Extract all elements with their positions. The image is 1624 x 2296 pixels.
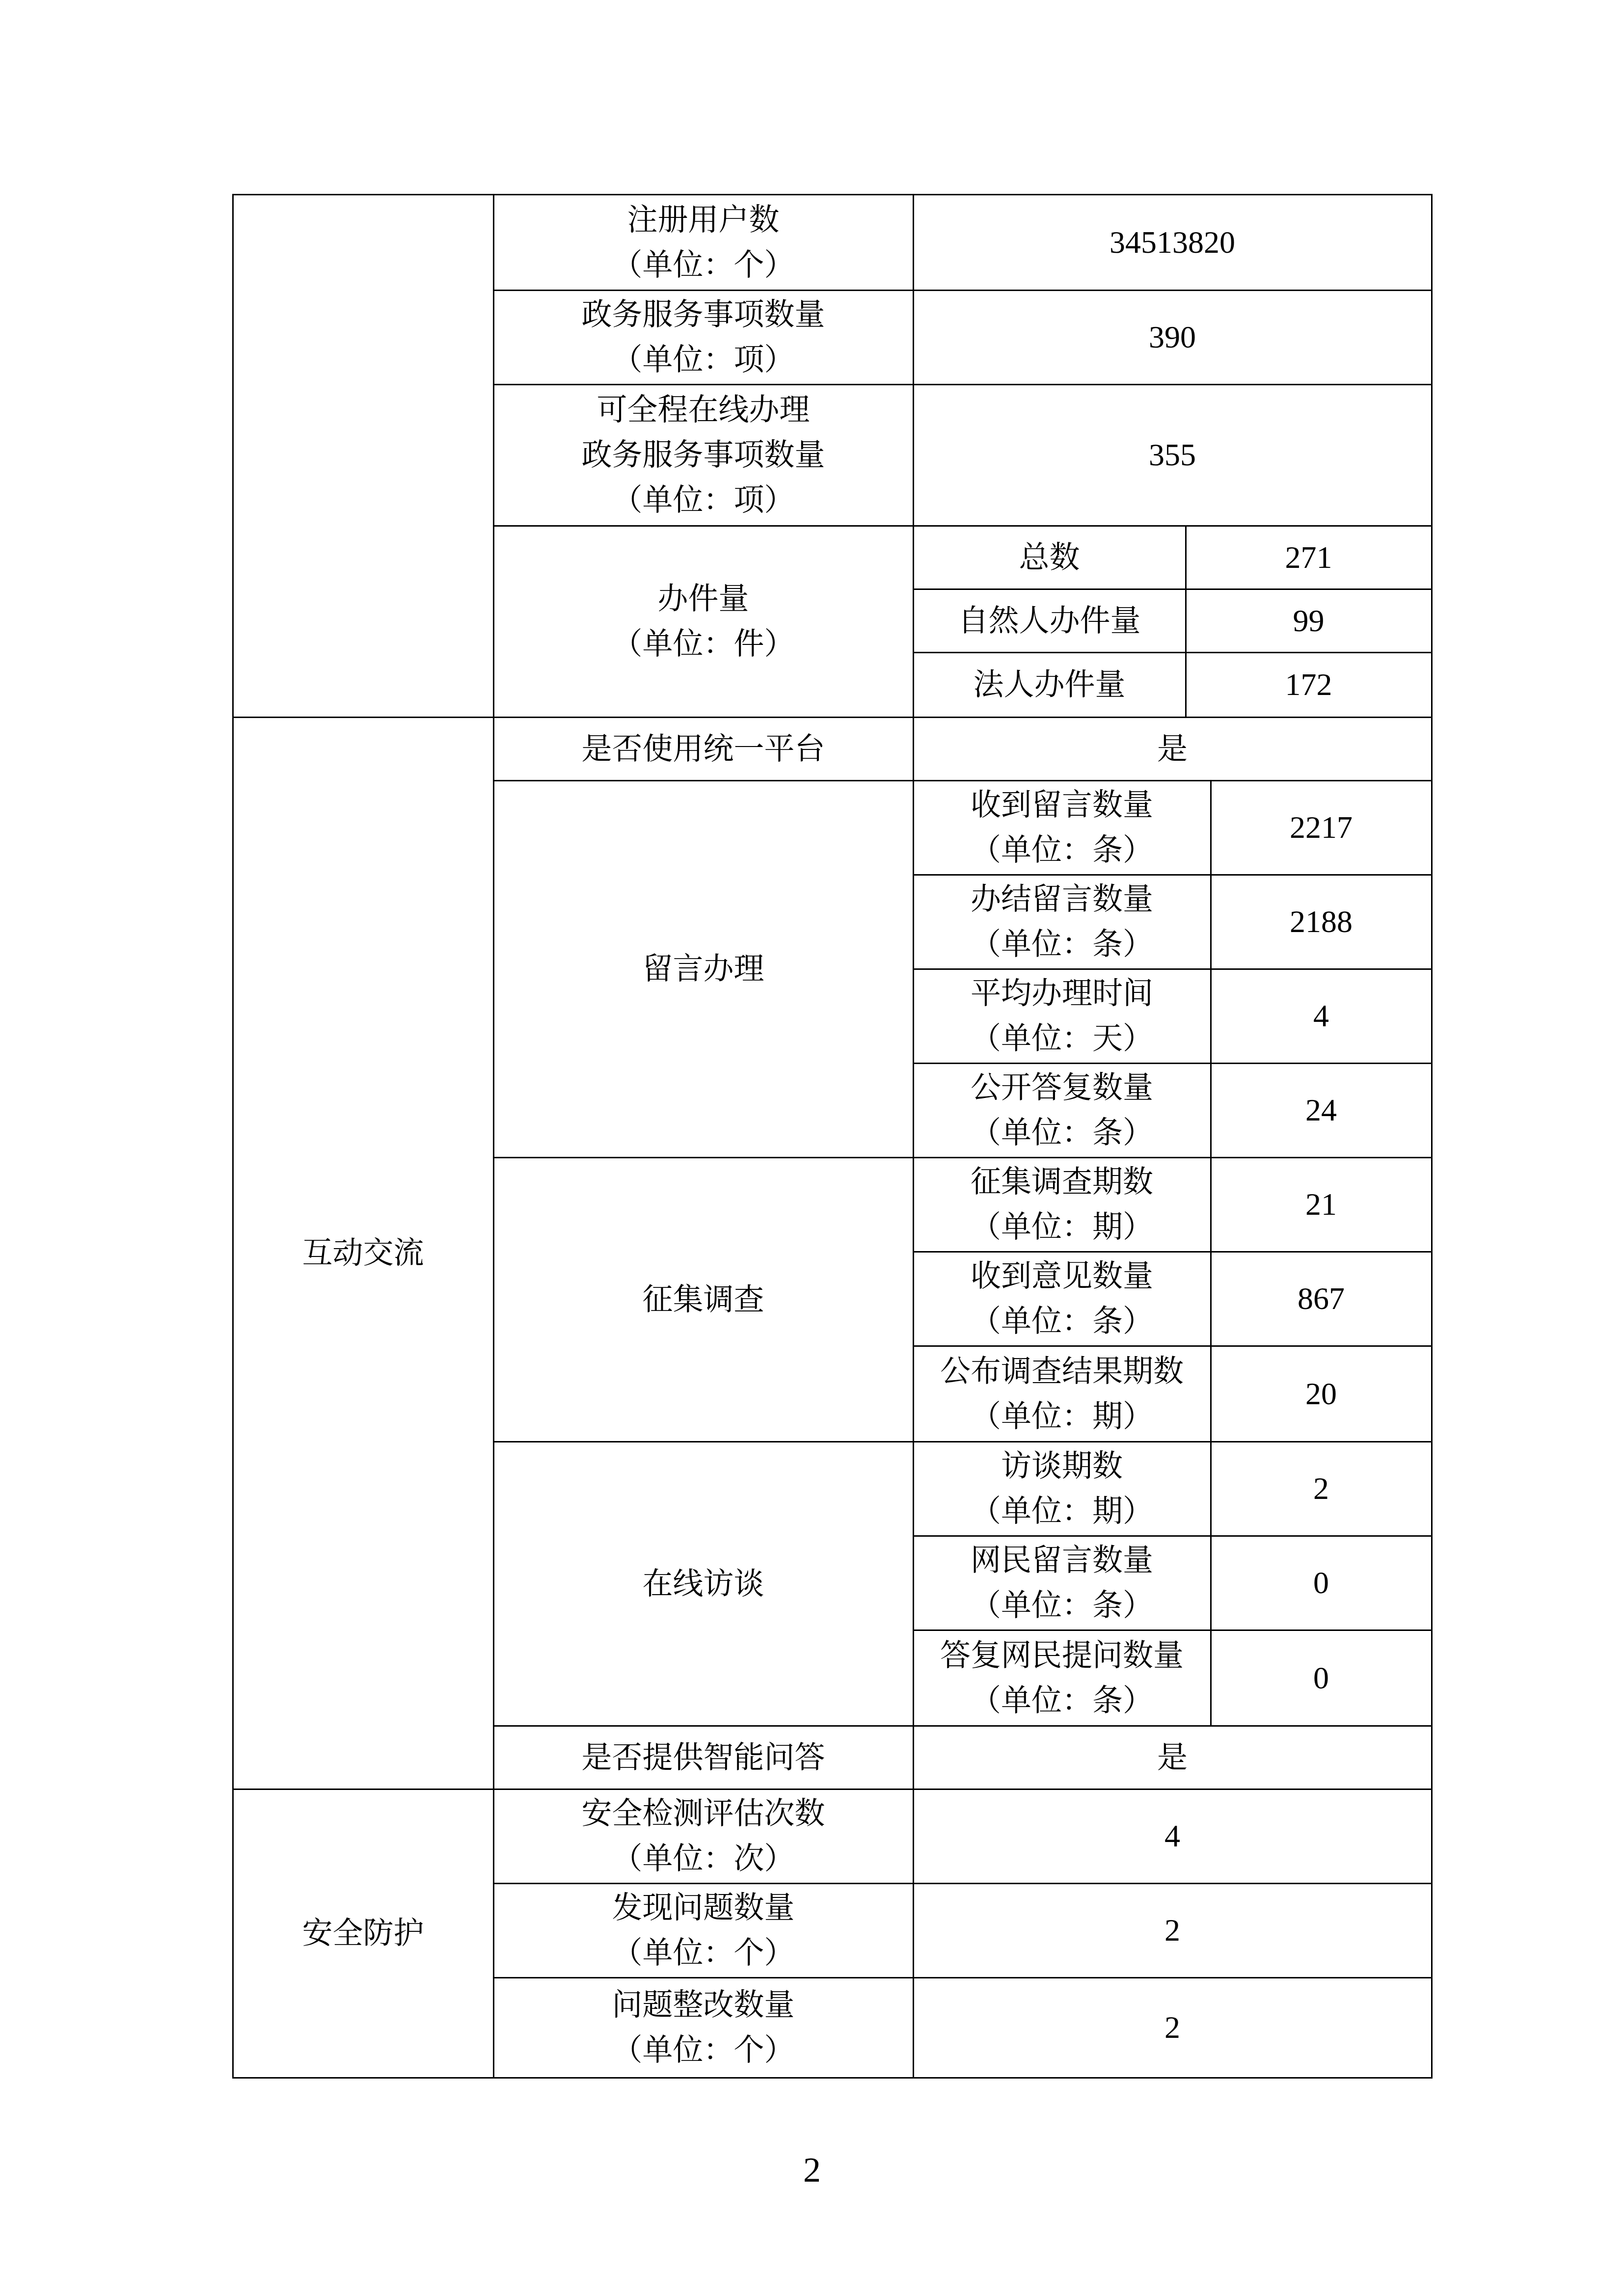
table-divider [913,1063,1433,1064]
label-netizen-questions-answered: 答复网民提问数量 （单位：条） [913,1630,1211,1726]
table-border [232,194,1433,195]
value-case-natural-person: 99 [1186,589,1432,652]
table-divider [913,194,914,2079]
label-survey-periods: 征集调查期数 （单位：期） [913,1157,1211,1252]
label-online-interview: 在线访谈 [493,1442,913,1726]
value-messages-resolved: 2188 [1211,875,1432,969]
label-line: 办件量 [657,576,749,621]
table-divider [493,1725,1433,1727]
value-opinions-received: 867 [1211,1252,1432,1346]
value-messages-received: 2217 [1211,780,1432,875]
label-line: 征集调查期数 [971,1159,1153,1204]
label-line: 办结留言数量 [971,877,1153,922]
table-divider [1185,526,1187,717]
unit-line: （单位：件） [612,621,794,667]
label-registered-users: 注册用户数 （单位：个） [493,194,913,290]
label-case-total: 总数 [913,526,1186,589]
label-survey: 征集调查 [493,1157,913,1442]
label-message-handling: 留言办理 [493,780,913,1157]
label-case-natural-person: 自然人办件量 [913,589,1186,652]
label-line: 访谈期数 [1001,1443,1123,1489]
label-line: 公布调查结果期数 [940,1349,1184,1394]
table-divider [493,194,494,2079]
value-case-total: 271 [1186,526,1432,589]
category-cell-empty [233,194,493,717]
unit-line: （单位：个） [612,1930,794,1976]
label-service-items: 政务服务事项数量 （单位：项） [493,290,913,384]
label-line: 网民留言数量 [971,1538,1153,1583]
label-line: 答复网民提问数量 [940,1633,1184,1678]
value-registered-users: 34513820 [913,194,1432,290]
table-divider [913,652,1433,653]
table-border [1431,194,1433,2079]
label-interview-periods: 访谈期数 （单位：期） [913,1442,1211,1536]
label-survey-results-published: 公布调查结果期数 （单位：期） [913,1346,1211,1442]
value-survey-results-published: 20 [1211,1346,1432,1442]
unit-line: （单位：天） [971,1016,1153,1061]
unit-line: （单位：个） [612,242,794,288]
unit-line: （单位：条） [971,1678,1153,1723]
value-case-legal-person: 172 [1186,652,1432,717]
label-opinions-received: 收到意见数量 （单位：条） [913,1252,1211,1346]
label-public-replies: 公开答复数量 （单位：条） [913,1063,1211,1157]
page-number: 2 [0,2150,1624,2190]
table-divider [232,1789,1433,1790]
label-unified-platform: 是否使用统一平台 [493,717,913,780]
table-divider [493,1977,1433,1978]
value-unified-platform: 是 [913,717,1432,780]
unit-line: （单位：个） [612,2028,794,2073]
category-security: 安全防护 [233,1789,493,2078]
table-divider [913,968,1433,970]
label-case-legal-person: 法人办件量 [913,652,1186,717]
label-smart-qa: 是否提供智能问答 [493,1726,913,1789]
table-divider [493,1441,1433,1442]
label-line: 问题整改数量 [612,1982,794,2028]
value-issues-fixed: 2 [913,1977,1432,2078]
table-divider [913,1629,1433,1631]
value-netizen-questions-answered: 0 [1211,1630,1432,1726]
label-line: 政务服务事项数量 [581,432,825,478]
value-issues-found: 2 [913,1883,1432,1977]
value-avg-handling-time: 4 [1211,969,1432,1063]
value-netizen-messages: 0 [1211,1536,1432,1630]
unit-line: （单位：条） [971,828,1153,873]
unit-line: （单位：条） [971,1583,1153,1628]
unit-line: （单位：期） [971,1394,1153,1439]
value-service-items: 390 [913,290,1432,384]
unit-line: （单位：条） [971,1110,1153,1155]
label-case-volume: 办件量 （单位：件） [493,526,913,717]
table-divider [493,1883,1433,1884]
label-line: 收到意见数量 [971,1254,1153,1299]
unit-line: （单位：次） [612,1836,794,1881]
label-issues-fixed: 问题整改数量 （单位：个） [493,1977,913,2078]
unit-line: （单位：项） [612,478,794,523]
table-divider [493,1157,1433,1158]
value-smart-qa: 是 [913,1726,1432,1789]
label-online-service-items: 可全程在线办理 政务服务事项数量 （单位：项） [493,384,913,526]
table-divider [493,290,1433,291]
table-border [232,2077,1433,2079]
label-avg-handling-time: 平均办理时间 （单位：天） [913,969,1211,1063]
table-border [232,194,234,2079]
category-interaction: 互动交流 [233,717,493,1789]
value-online-service-items: 355 [913,384,1432,526]
label-line: 政务服务事项数量 [581,292,825,337]
label-line: 平均办理时间 [971,971,1153,1016]
label-line: 安全检测评估次数 [581,1791,825,1836]
label-line: 注册用户数 [627,197,779,242]
unit-line: （单位：项） [612,337,794,382]
table-divider [493,384,1433,385]
table-divider [913,1251,1433,1253]
label-issues-found: 发现问题数量 （单位：个） [493,1883,913,1977]
label-line: 公开答复数量 [971,1065,1153,1110]
label-messages-resolved: 办结留言数量 （单位：条） [913,875,1211,969]
table-divider [1210,780,1212,1726]
unit-line: （单位：条） [971,922,1153,967]
label-line: 收到留言数量 [971,782,1153,828]
label-line: 发现问题数量 [612,1885,794,1930]
value-survey-periods: 21 [1211,1157,1432,1252]
table-divider [913,1345,1433,1347]
unit-line: （单位：条） [971,1299,1153,1344]
label-messages-received: 收到留言数量 （单位：条） [913,780,1211,875]
table-divider [913,874,1433,876]
table-divider [493,525,1433,527]
table-divider [913,588,1433,590]
value-interview-periods: 2 [1211,1442,1432,1536]
unit-line: （单位：期） [971,1489,1153,1534]
table-divider [913,1535,1433,1537]
value-public-replies: 24 [1211,1063,1432,1157]
label-line: 可全程在线办理 [596,387,810,432]
value-security-assessments: 4 [913,1789,1432,1883]
label-security-assessments: 安全检测评估次数 （单位：次） [493,1789,913,1883]
table-divider [232,717,1433,718]
unit-line: （单位：期） [971,1204,1153,1250]
label-netizen-messages: 网民留言数量 （单位：条） [913,1536,1211,1630]
table-divider [493,780,1433,781]
